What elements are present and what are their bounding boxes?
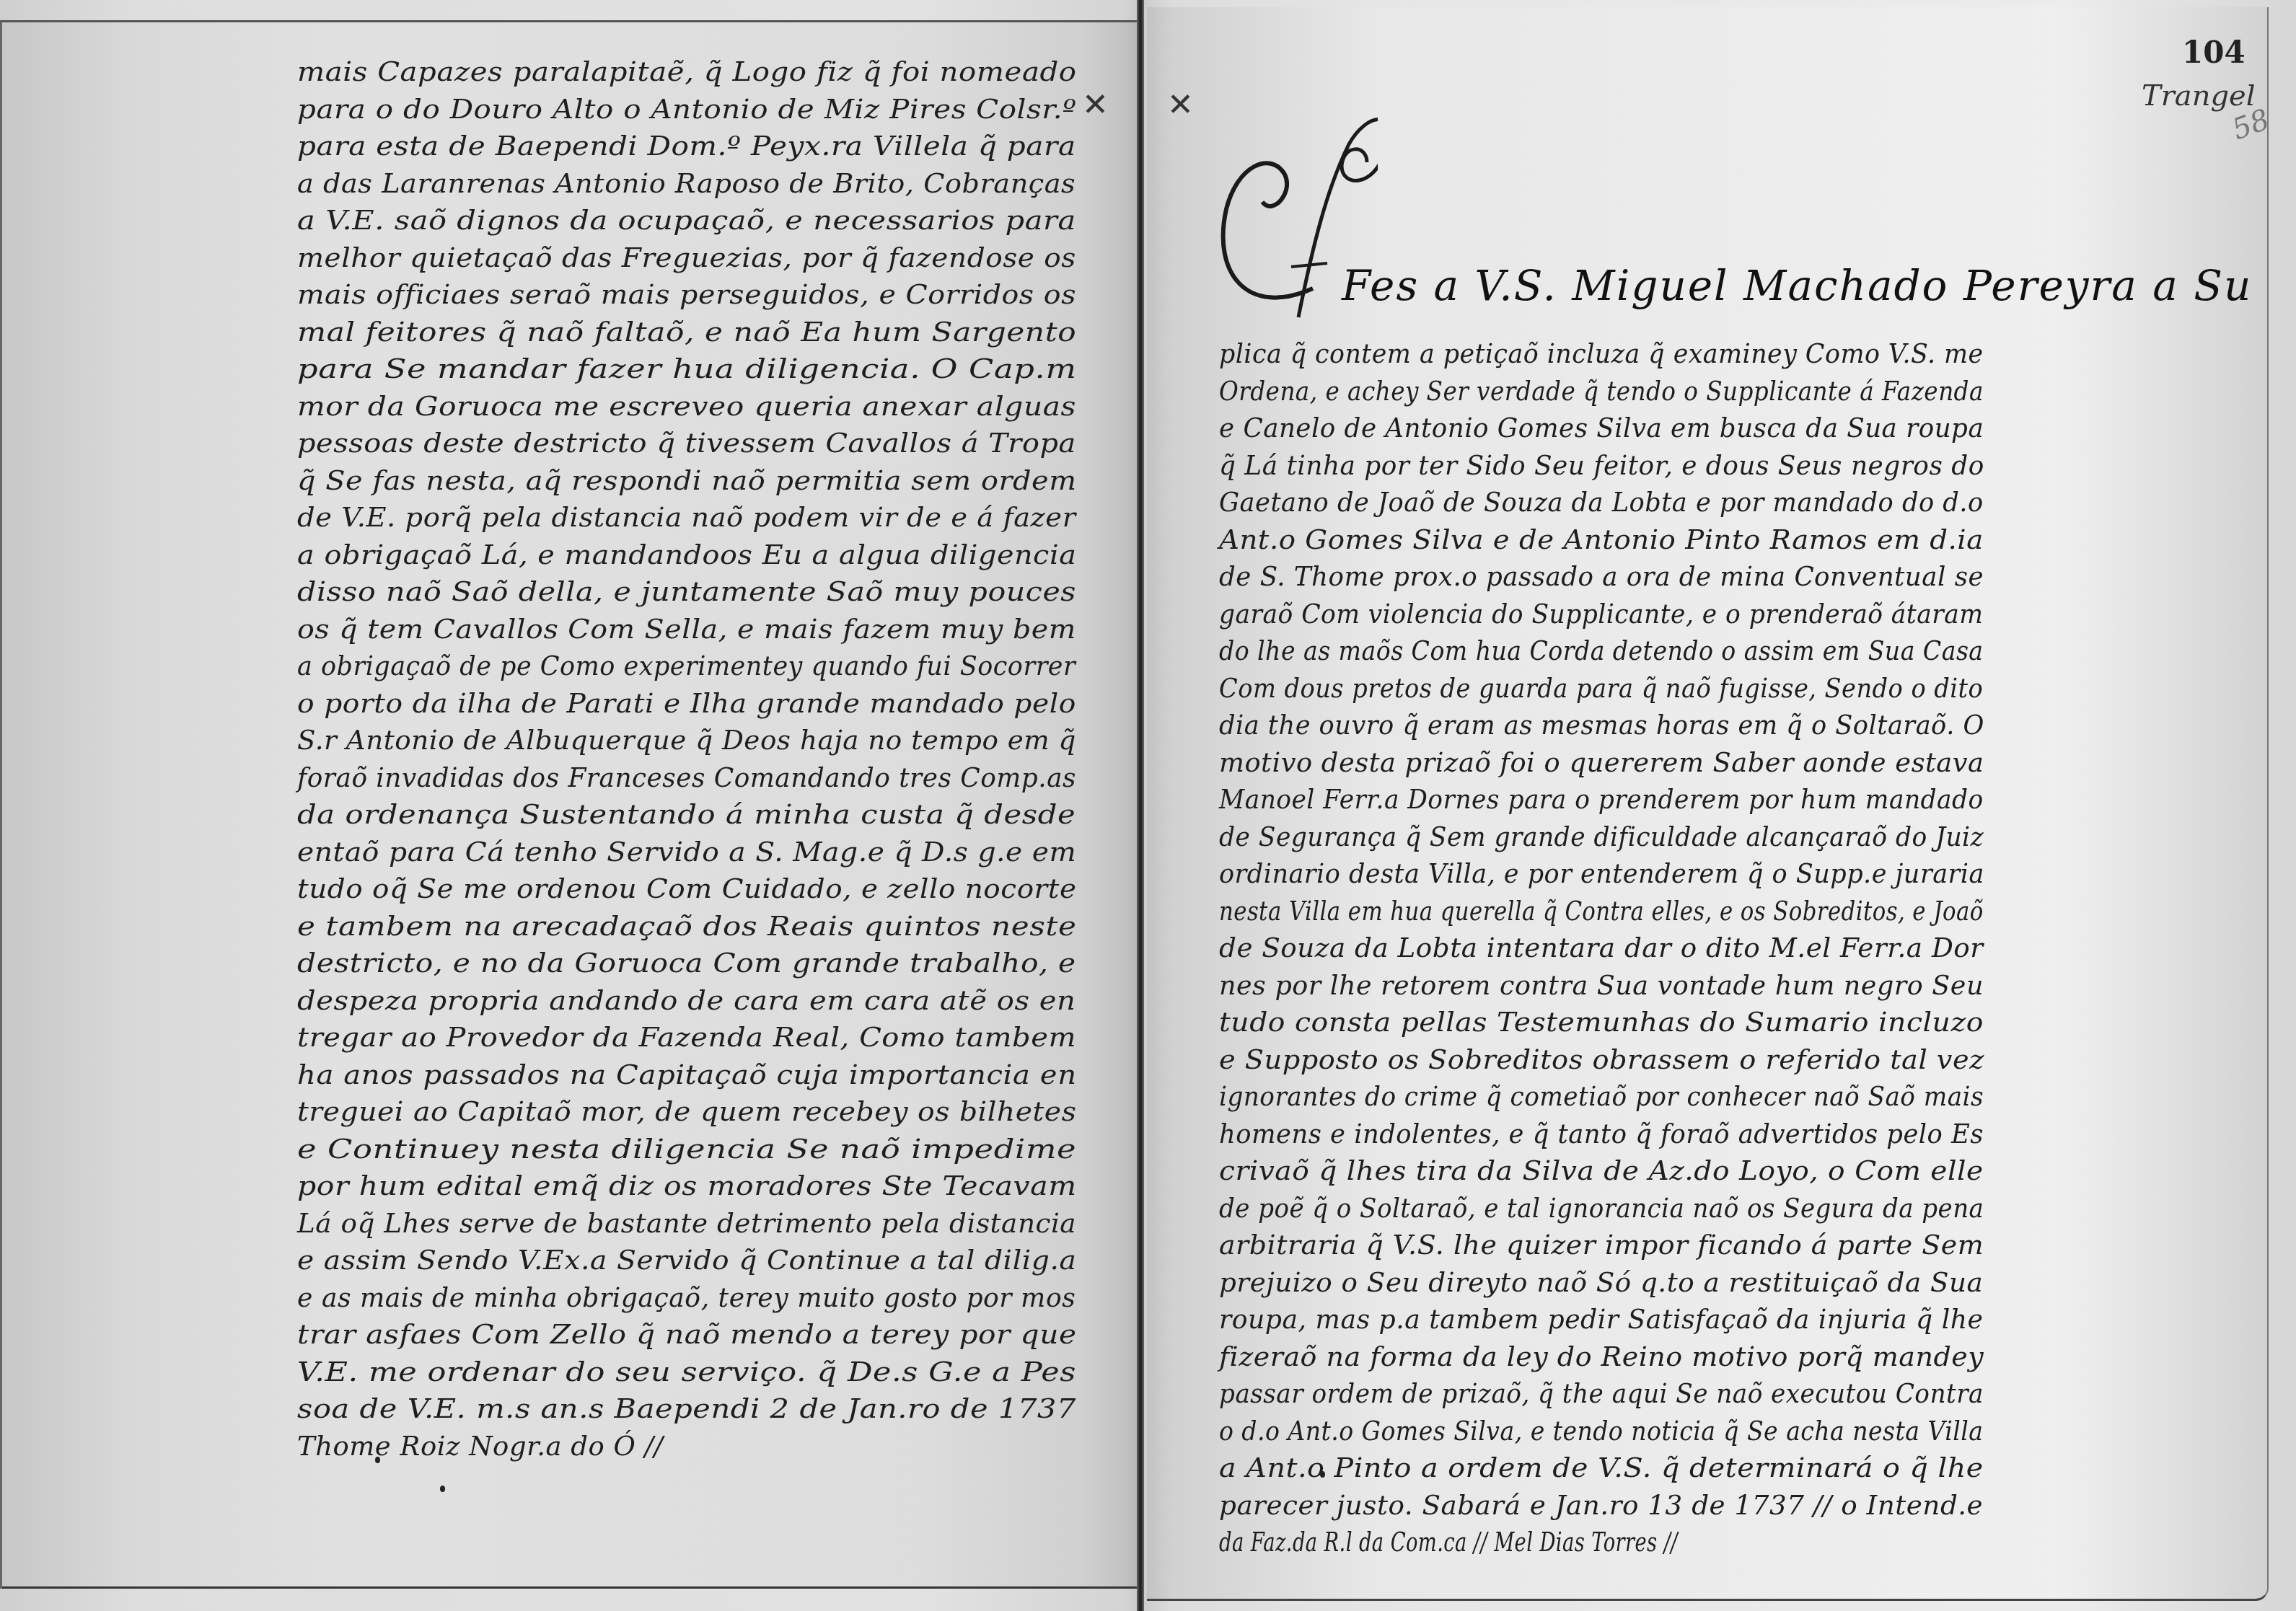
manuscript-line: mor da Goruoca me escreveo queria anexar… [297,391,1076,422]
manuscript-line: Ordena, e achey Ser verdade q̃ tendo o S… [1219,375,1984,407]
left-page-text: mais Capazes paralapitaẽ, q̃ Logo fiz q̃… [297,56,1098,1462]
manuscript-line: e assim Sendo V.Ex.a Servido q̃ Continue… [297,1245,1077,1276]
manuscript-line: melhor quietaçaõ das Freguezias, por q̃ … [297,242,1076,273]
manuscript-line: q̃ Lá tinha por ter Sido Seu feitor, e d… [1219,449,1984,481]
manuscript-line: garaõ Com violencia do Supplicante, e o … [1219,598,1983,630]
manuscript-line: mais officiaes seraõ mais perseguidos, e… [297,279,1076,310]
manuscript-line: tregar ao Provedor da Fazenda Real, Como… [297,1022,1076,1053]
manuscript-line: nes por lhe retorem contra Sua vontade h… [1219,969,1984,1001]
manuscript-line: e as mais de minha obrigaçaõ, terey muit… [297,1282,1076,1313]
folio-marginal-note: Trangel [2142,79,2255,112]
manuscript-line: roupa, mas p.a tambem pedir Satisfaçaõ d… [1219,1303,1983,1335]
manuscript-line: e Continuey nesta diligencia Se naõ impe… [297,1134,1076,1165]
manuscript-line: tudo oq̃ Se me ordenou Com Cuidado, e ze… [297,873,1076,904]
manuscript-line: de Segurança q̃ Sem grande dificuldade a… [1219,821,1984,852]
manuscript-line: tudo consta pellas Testemunhas do Sumari… [1219,1006,1984,1038]
manuscript-line: destricto, e no da Goruoca Com grande tr… [297,948,1076,979]
manuscript-line: fizeraõ na forma da ley do Reino motivo … [1219,1341,1984,1372]
manuscript-line: e Supposto os Sobreditos obrassem o refe… [1219,1043,1984,1075]
manuscript-line: os q̃ tem Cavallos Com Sella, e mais faz… [297,614,1076,645]
manuscript-line: S.r Antonio de Albuquerque q̃ Deos haja … [297,725,1076,756]
manuscript-line: Com dous pretos de guarda para q̃ naõ fu… [1219,672,1983,704]
manuscript-line: plica q̃ contem a petiçaõ incluza q̃ exa… [1219,337,1984,369]
manuscript-line: arbitraria q̃ V.S. lhe quizer impor fica… [1219,1229,1984,1261]
manuscript-line: disso naõ Saõ della, e juntamente Saõ mu… [297,576,1076,607]
manuscript-line: ha anos passados na Capitaçaõ cuja impor… [297,1059,1077,1090]
manuscript-line: entaõ para Cá tenho Servido a S. Mag.e q… [297,837,1076,868]
manuscript-line: a V.E. saõ dignos da ocupaçaõ, e necessa… [297,205,1076,236]
ink-speck [440,1486,445,1492]
ink-speck [375,1457,380,1463]
manuscript-line: homens e indolentes, e q̃ tanto q̃ foraõ… [1219,1118,1984,1149]
manuscript-line: a das Laranrenas Antonio Raposo de Brito… [297,168,1076,199]
manuscript-line: da ordenança Sustentando á minha custa q… [297,799,1076,830]
manuscript-line: despeza propria andando de cara em cara … [297,985,1076,1016]
manuscript-line: soa de V.E. m.s an.s Baependi 2 de Jan.r… [297,1393,1076,1424]
manuscript-line: mais Capazes paralapitaẽ, q̃ Logo fiz q̃… [297,56,1077,87]
manuscript-line: por hum edital emq̃ diz os moradores Ste… [297,1170,1077,1201]
manuscript-line: prejuizo o Seu direyto naõ Só q.to a res… [1219,1266,1983,1298]
manuscript-line: Manoel Ferr.a Dornes para o prenderem po… [1219,783,1984,815]
manuscript-line: de S. Thome prox.o passado a ora de mina… [1219,560,1984,592]
manuscript-line: foraõ invadidas dos Franceses Comandando… [297,762,1076,793]
manuscript-line: treguei ao Capitaõ mor, de quem recebey … [297,1096,1076,1127]
manuscript-line: para Se mandar fazer hua diligencia. O C… [297,353,1076,384]
manuscript-line: do lhe as maõs Com hua Corda detendo o a… [1219,635,1984,666]
manuscript-line: crivaõ q̃ lhes tira da Silva de Az.do Lo… [1219,1155,1984,1186]
spine-mark-right: ✕ [1167,87,1194,123]
manuscript-line: a Ant.o Pinto a ordem de V.S. q̃ determi… [1219,1452,1984,1483]
manuscript-line: dia the ouvro q̃ eram as mesmas horas em… [1219,709,1984,741]
manuscript-line: trar asfaes Com Zello q̃ naõ mendo a ter… [297,1319,1077,1350]
petition-heading: Fes a V.S. Miguel Machado Pereyra a Su [1342,261,2252,310]
manuscript-line: e tambem na arecadaçaõ dos Reais quintos… [297,911,1076,942]
manuscript-line: ignorantes do crime q̃ cometiaõ por conh… [1219,1080,1984,1112]
manuscript-spread: ✕ ✕ 104 Trangel 58 mais Capazes paralapi… [0,0,2296,1611]
manuscript-line: de poẽ q̃ o Soltaraõ, e tal ignorancia n… [1219,1192,1984,1224]
manuscript-line: parecer justo. Sabará e Jan.ro 13 de 173… [1219,1489,1983,1521]
manuscript-line: Gaetano de Joaõ de Souza da Lobta e por … [1219,486,1984,518]
manuscript-line: o d.o Ant.o Gomes Silva, e tendo noticia… [1219,1415,1984,1447]
manuscript-line: de Souza da Lobta intentara dar o dito M… [1219,932,1984,963]
manuscript-line: Thome Roiz Nogr.a do Ó // [297,1431,664,1462]
folio-annotation: 104 Trangel 58 [2132,22,2276,144]
heading-initial: F [1342,261,1370,310]
right-page-text: plica q̃ contem a petiçaõ incluza q̃ exa… [1219,337,2020,1563]
manuscript-line: ordinario desta Villa, e por entenderem … [1219,857,1984,889]
folio-number: 104 [2182,35,2246,70]
book-spine [1137,0,1144,1611]
manuscript-line: a obrigaçaõ de pe Como experimentey quan… [297,650,1076,681]
manuscript-line: para o do Douro Alto o Antonio de Miz Pi… [297,94,1077,125]
ink-speck [1320,1471,1325,1478]
manuscript-line: Ant.o Gomes Silva e de Antonio Pinto Ram… [1219,524,1984,555]
manuscript-line: motivo desta prizaõ foi o quererem Saber… [1219,746,1984,778]
manuscript-line: a obrigaçaõ Lá, e mandandoos Eu a algua … [297,539,1076,570]
manuscript-line: da Faz.da R.l da Com.ca // Mel Dias Torr… [1219,1526,1678,1558]
manuscript-line: V.E. me ordenar do seu serviço. q̃ De.s … [297,1356,1076,1387]
manuscript-line: nesta Villa em hua querella q̃ Contra el… [1219,895,1984,927]
manuscript-line: Lá oq̃ Lhes serve de bastante detrimento… [297,1208,1076,1239]
manuscript-line: e Canelo de Antonio Gomes Silva em busca… [1219,412,1984,443]
manuscript-line: o porto da ilha de Parati e Ilha grande … [297,688,1076,719]
manuscript-line: para esta de Baependi Dom.º Peyx.ra Vill… [297,131,1076,162]
manuscript-line: pessoas deste destricto q̃ tivessem Cava… [297,428,1076,459]
manuscript-line: de V.E. porq̃ pela distancia naõ podem v… [297,502,1076,533]
manuscript-line: passar ordem de prizaõ, q̃ the aqui Se n… [1219,1377,1984,1409]
manuscript-line: mal feitores q̃ naõ faltaõ, e naõ Ea hum… [297,317,1076,348]
heading-text: es a V.S. Miguel Machado Pereyra a Su [1370,261,2252,310]
manuscript-line: q̃ Se fas nesta, aq̃ respondi naõ permit… [297,465,1077,496]
